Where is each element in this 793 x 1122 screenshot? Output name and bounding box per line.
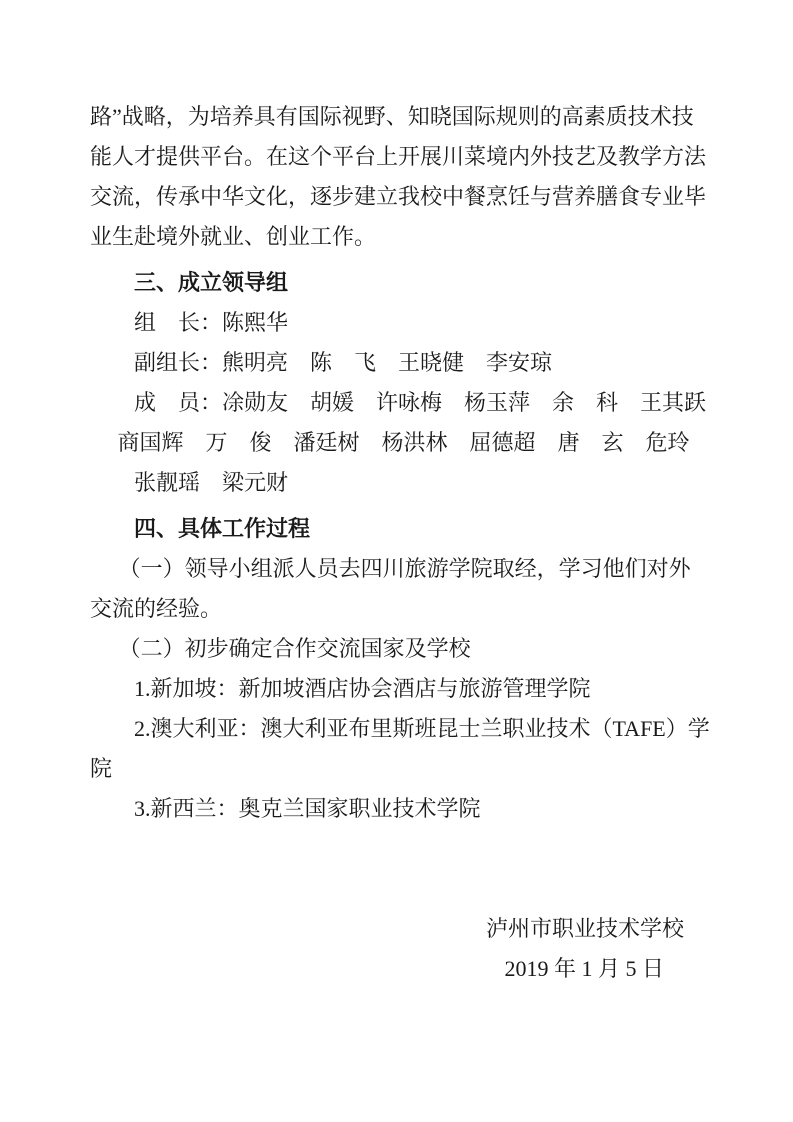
item-australia-cont: 院	[90, 749, 706, 789]
subitem-2-line: （二）初步确定合作交流国家及学校	[90, 629, 706, 669]
members-line-cont-2: 张靓瑶 梁元财	[90, 463, 706, 503]
deputy-leaders-line: 副组长：熊明亮 陈 飞 王晓健 李安琼	[90, 343, 706, 383]
section-heading-4: 四、具体工作过程	[90, 509, 706, 549]
signature-school: 泸州市职业技术学校	[90, 909, 706, 949]
subitem-1-line: （一）领导小组派人员去四川旅游学院取经，学习他们对外	[90, 549, 706, 589]
item-newzealand: 3.新西兰：奥克兰国家职业技术学院	[90, 789, 706, 829]
members-line: 成 员：凃勋友 胡媛 许咏梅 杨玉萍 余 科 王其跃	[90, 383, 706, 423]
paragraph-line: 能人才提供平台。在这个平台上开展川菜境内外技艺及教学方法	[90, 137, 706, 177]
item-australia: 2.澳大利亚：澳大利亚布里斯班昆士兰职业技术（TAFE）学	[90, 709, 706, 749]
paragraph-line: 路”战略，为培养具有国际视野、知晓国际规则的高素质技术技	[90, 97, 706, 137]
leader-line: 组 长：陈熙华	[90, 303, 706, 343]
subitem-1-line-cont: 交流的经验。	[90, 589, 706, 629]
paragraph-line: 交流，传承中华文化，逐步建立我校中餐烹饪与营养膳食专业毕	[90, 177, 706, 217]
paragraph-line: 业生赴境外就业、创业工作。	[90, 217, 706, 257]
members-line-cont: 商国辉 万 俊 潘廷树 杨洪林 屈德超 唐 玄 危玲	[90, 423, 706, 463]
signature-date: 2019 年 1 月 5 日	[90, 949, 706, 989]
item-singapore: 1.新加坡：新加坡酒店协会酒店与旅游管理学院	[90, 669, 706, 709]
document-page: 路”战略，为培养具有国际视野、知晓国际规则的高素质技术技 能人才提供平台。在这个…	[0, 0, 793, 1122]
section-heading-3: 三、成立领导组	[90, 263, 706, 303]
